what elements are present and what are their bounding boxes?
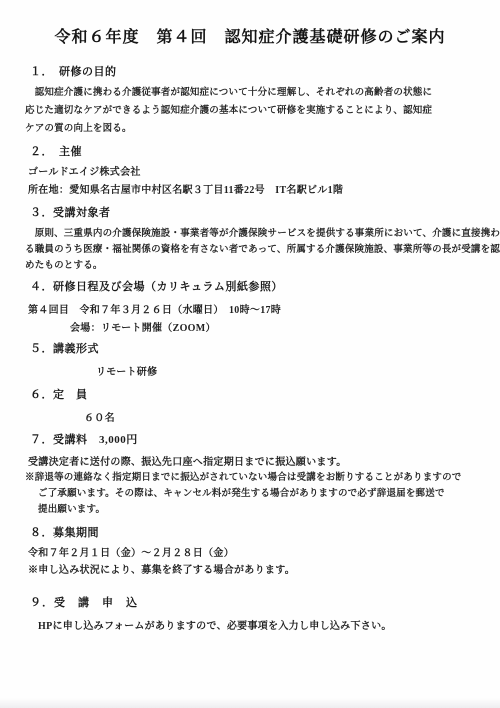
schedule-venue: 会場：リモート開催（ZOOM） bbox=[70, 324, 216, 334]
eligibility-line-1: 原則、三重県内の介護保険施設・事業者等が介護保険サービスを提供する事業所において… bbox=[25, 230, 500, 240]
fee-note-line-1: 受講決定者に送付の際、振込先口座へ指定期日までに振込願います。 bbox=[28, 458, 347, 468]
organizer-name: ゴールドエイジ株式会社 bbox=[28, 168, 141, 178]
schedule-session: 第４回目 令和７年３月２６日（水曜日） 10時～17時 bbox=[28, 306, 281, 316]
section-format-heading: ５．講義形式 bbox=[30, 344, 99, 355]
format-value: リモート研修 bbox=[96, 368, 157, 378]
fee-note-line-2: ※辞退等の連絡なく指定期日までに振込がされていない場合は受講をお断りすることがあ… bbox=[25, 474, 462, 484]
section-purpose-heading: １． 研修の目的 bbox=[30, 67, 117, 78]
recruitment-period: 令和７年２月１日（金）～２月２８日（金） bbox=[28, 549, 234, 559]
purpose-line-1: 認知症介護に携わる介護従事者が認知症について十分に理解し、それぞれの高齢者の状態… bbox=[25, 89, 432, 99]
scan-edge-shadow bbox=[0, 698, 500, 708]
section-organizer-heading: ２． 主催 bbox=[30, 147, 82, 158]
application-note: HPに申し込みフォームがありますので、必要事項を入力し申し込み下さい。 bbox=[38, 622, 392, 632]
section-eligibility-heading: ３．受講対象者 bbox=[30, 208, 111, 219]
purpose-line-3: ケアの質の向上を図る。 bbox=[25, 125, 132, 135]
recruitment-note: ※申し込み状況により、募集を終了する場合があります。 bbox=[28, 566, 295, 576]
eligibility-line-2: る職員のうち医療・福祉関係の資格を有さない者であって、所属する介護保険施設、事業… bbox=[25, 246, 500, 256]
page-title: 令和６年度 第４回 認知症介護基礎研修のご案内 bbox=[0, 30, 500, 46]
fee-note-line-3: ご了承願います。その際は、キャンセル料が発生する場合がありますので必ず辞退届を郵… bbox=[38, 490, 445, 500]
scanned-document-page: 令和６年度 第４回 認知症介護基礎研修のご案内 １． 研修の目的 認知症介護に携… bbox=[0, 0, 500, 708]
eligibility-line-3: めたものとする。 bbox=[25, 262, 103, 272]
capacity-value: ６０名 bbox=[84, 414, 115, 424]
section-recruitment-heading: ８．募集期間 bbox=[30, 528, 99, 539]
organizer-address: 所在地：愛知県名古屋市中村区名駅３丁目11番22号 IT名駅ビル1階 bbox=[28, 186, 343, 196]
section-application-heading: ９．受 講 申 込 bbox=[30, 598, 138, 609]
purpose-line-2: 応じた適切なケアができるよう認知症介護の基本について研修を実施することにより、認… bbox=[25, 107, 432, 117]
section-schedule-heading: ４．研修日程及び会場（カリキュラム別紙参照） bbox=[30, 282, 283, 293]
section-capacity-heading: ６．定 員 bbox=[30, 390, 88, 401]
fee-note-line-4: 提出願います。 bbox=[38, 506, 105, 516]
section-fee-heading: ７．受講料 3,000円 bbox=[30, 435, 138, 446]
